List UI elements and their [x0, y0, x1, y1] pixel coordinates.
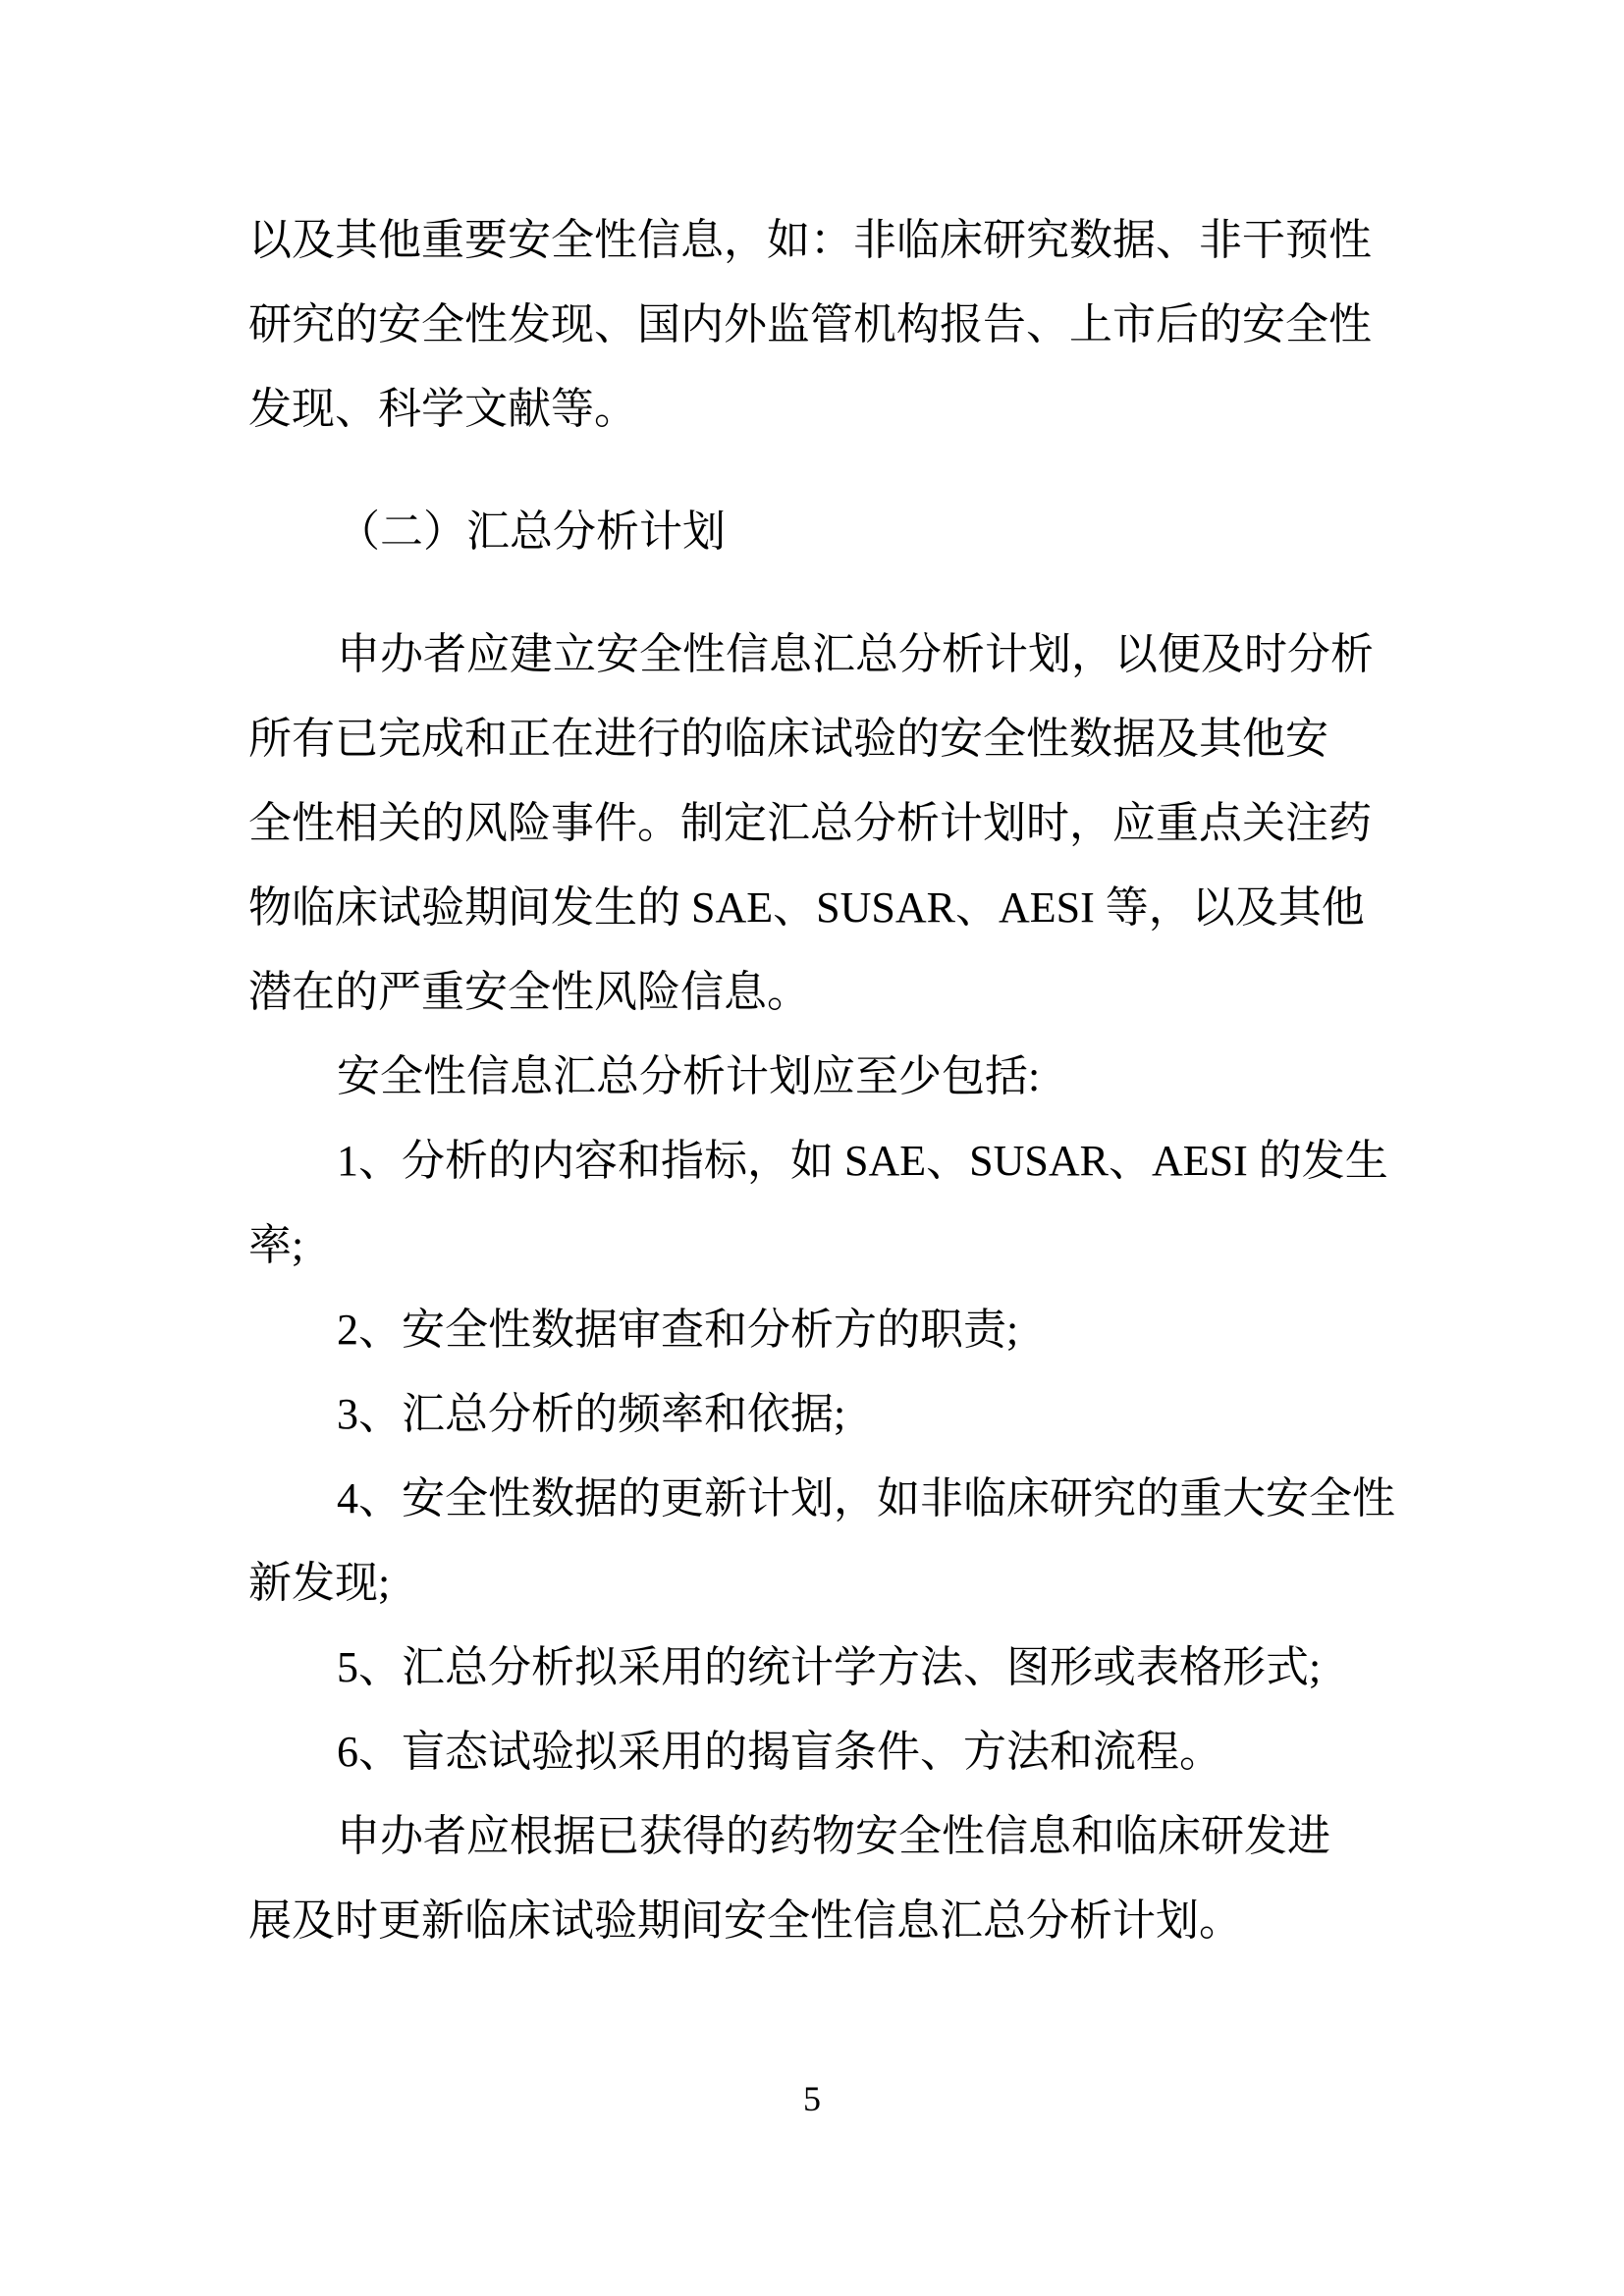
document-body: 以及其他重要安全性信息，如：非临床研究数据、非干预性 研究的安全性发现、国内外监… — [248, 198, 1380, 1963]
paragraph-line: 潜在的严重安全性风险信息。 — [248, 950, 1380, 1035]
paragraph-continuation-line: 研究的安全性发现、国内外监管机构报告、上市后的安全性 — [248, 283, 1380, 367]
paragraph-line: 全性相关的风险事件。制定汇总分析计划时，应重点关注药 — [248, 781, 1380, 866]
list-item: 2、安全性数据审查和分析方的职责; — [248, 1288, 1380, 1372]
page-number: 5 — [0, 2077, 1624, 2120]
paragraph-line: 物临床试验期间发生的 SAE、SUSAR、AESI 等，以及其他 — [248, 866, 1380, 950]
paragraph-line: 申办者应建立安全性信息汇总分析计划，以便及时分析 — [248, 613, 1380, 697]
list-item: 4、安全性数据的更新计划，如非临床研究的重大安全性 — [248, 1457, 1380, 1541]
paragraph-line: 所有已完成和正在进行的临床试验的安全性数据及其他安 — [248, 697, 1380, 781]
list-item: 3、汇总分析的频率和依据; — [248, 1372, 1380, 1457]
document-page: 以及其他重要安全性信息，如：非临床研究数据、非干预性 研究的安全性发现、国内外监… — [0, 0, 1624, 2296]
paragraph-line: 展及时更新临床试验期间安全性信息汇总分析计划。 — [248, 1879, 1380, 1963]
list-item: 6、盲态试验拟采用的揭盲条件、方法和流程。 — [248, 1710, 1380, 1794]
list-item-continuation: 新发现; — [248, 1541, 1380, 1626]
list-item: 5、汇总分析拟采用的统计学方法、图形或表格形式; — [248, 1626, 1380, 1710]
paragraph-line: 申办者应根据已获得的药物安全性信息和临床研发进 — [248, 1794, 1380, 1879]
list-item-continuation: 率; — [248, 1203, 1380, 1288]
paragraph-continuation-line: 以及其他重要安全性信息，如：非临床研究数据、非干预性 — [248, 198, 1380, 283]
section-heading: （二）汇总分析计划 — [248, 490, 1380, 574]
list-item: 1、分析的内容和指标，如 SAE、SUSAR、AESI 的发生 — [248, 1119, 1380, 1203]
paragraph-continuation-line: 发现、科学文献等。 — [248, 367, 1380, 452]
list-intro-line: 安全性信息汇总分析计划应至少包括: — [248, 1035, 1380, 1119]
